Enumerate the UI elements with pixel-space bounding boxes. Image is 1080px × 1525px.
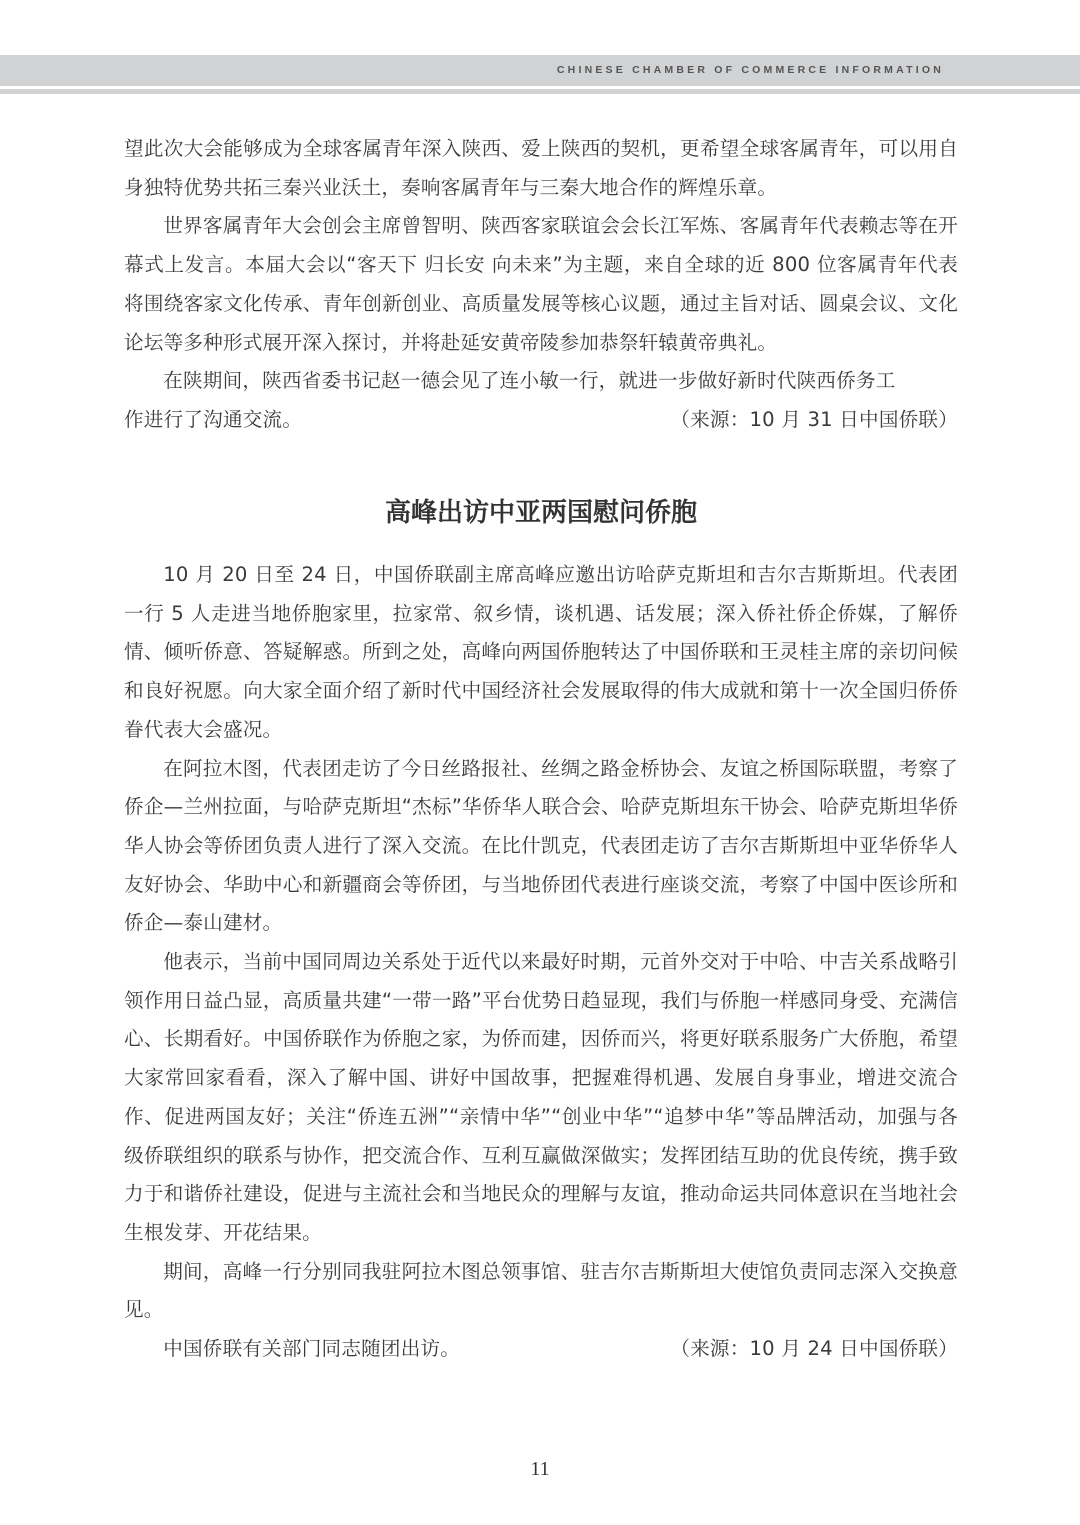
source-line: 作进行了沟通交流。 （来源：10 月 31 日中国侨联） bbox=[124, 401, 958, 440]
paragraph: 在阿拉木图，代表团走访了今日丝路报社、丝绸之路金桥协会、友谊之桥国际联盟，考察了… bbox=[124, 750, 958, 944]
paragraph: 望此次大会能够成为全球客属青年深入陕西、爱上陕西的契机，更希望全球客属青年，可以… bbox=[124, 130, 958, 207]
article-title: 高峰出访中亚两国慰问侨胞 bbox=[124, 492, 958, 529]
source-line: 中国侨联有关部门同志随团出访。 （来源：10 月 24 日中国侨联） bbox=[124, 1330, 958, 1369]
article-2-body: 10 月 20 日至 24 日，中国侨联副主席高峰应邀出访哈萨克斯坦和吉尔吉斯斯… bbox=[124, 556, 958, 1369]
header-divider bbox=[0, 89, 1080, 94]
page-number: 11 bbox=[0, 1458, 1080, 1481]
paragraph: 在陕期间，陕西省委书记赵一德会见了连小敏一行，就进一步做好新时代陕西侨务工 bbox=[124, 362, 958, 401]
paragraph: 期间，高峰一行分别同我驻阿拉木图总领事馆、驻吉尔吉斯斯坦大使馆负责同志深入交换意… bbox=[124, 1253, 958, 1330]
paragraph: 10 月 20 日至 24 日，中国侨联副主席高峰应邀出访哈萨克斯坦和吉尔吉斯斯… bbox=[124, 556, 958, 750]
source-citation: （来源：10 月 31 日中国侨联） bbox=[670, 401, 958, 440]
paragraph: 世界客属青年大会创会主席曾智明、陕西客家联谊会会长江军炼、客属青年代表赖志等在开… bbox=[124, 207, 958, 362]
article-1-body: 望此次大会能够成为全球客属青年深入陕西、爱上陕西的契机，更希望全球客属青年，可以… bbox=[124, 130, 958, 440]
publication-name: CHINESE CHAMBER OF COMMERCE INFORMATION bbox=[557, 64, 944, 76]
paragraph: 他表示，当前中国同周边关系处于近代以来最好时期，元首外交对于中哈、中吉关系战略引… bbox=[124, 943, 958, 1253]
paragraph-end: 作进行了沟通交流。 bbox=[124, 401, 302, 440]
source-citation: （来源：10 月 24 日中国侨联） bbox=[670, 1330, 958, 1369]
paragraph-end: 中国侨联有关部门同志随团出访。 bbox=[163, 1330, 460, 1369]
